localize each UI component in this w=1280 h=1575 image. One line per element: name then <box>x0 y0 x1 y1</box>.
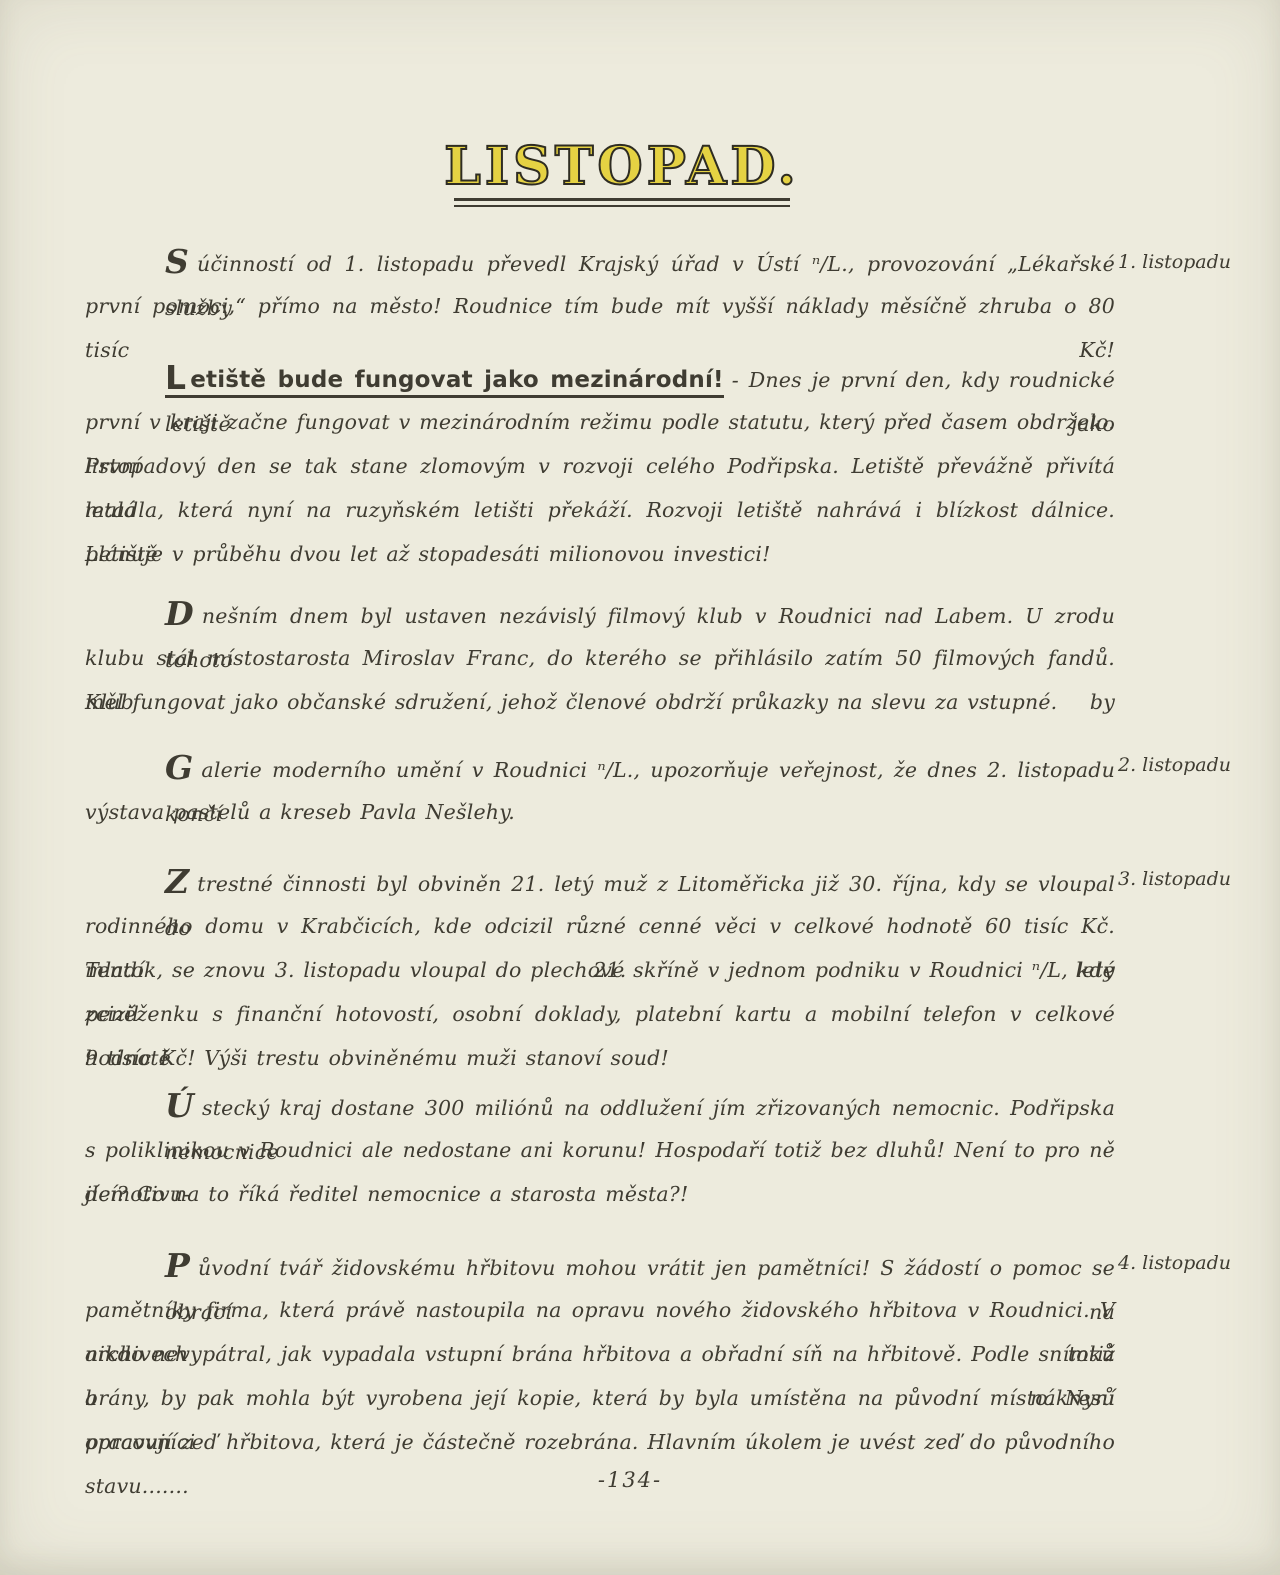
title-underline <box>454 198 790 207</box>
text-run: první pomoci,“ přímo na město! Roudnice … <box>85 294 1115 362</box>
drop-cap: P <box>165 1246 190 1285</box>
text-line: první v kraji začne fungovat v mezinárod… <box>85 400 1115 444</box>
page-footer: -134- <box>0 1468 1260 1492</box>
drop-cap: Ú <box>165 1086 194 1125</box>
text-line: plánuje v průběhu dvou let až stopadesát… <box>85 532 1115 576</box>
chronicle-page: LISTOPAD. Súčinností od 1. listopadu pře… <box>0 0 1280 1575</box>
text-line: pamětníky firma, která právě nastoupila … <box>85 1288 1115 1332</box>
text-line: opravují zeď hřbitova, která je částečně… <box>85 1420 1115 1464</box>
page-title: LISTOPAD. <box>444 136 799 197</box>
paragraph-film-club: Dnešním dnem byl ustaven nezávislý filmo… <box>85 592 1115 724</box>
text-line: 9 tisíc Kč! Výši trestu obviněnému muži … <box>85 1036 1115 1080</box>
paragraph-cemetery: Původní tvář židovskému hřbitovu mohou v… <box>85 1244 1115 1464</box>
drop-cap: D <box>165 594 194 633</box>
page-number: -134- <box>598 1468 662 1492</box>
text-line: výstava pastelů a kreseb Pavla Nešlehy. <box>85 790 1115 834</box>
margin-note-3-listopadu: 3. listopadu <box>1118 864 1268 894</box>
text-line: Súčinností od 1. listopadu převedl Krajs… <box>85 240 1115 284</box>
drop-cap: S <box>165 242 189 281</box>
text-run: jící? Co na to říká ředitel nemocnice a … <box>85 1182 688 1206</box>
text-line: letadla, která nyní na ruzyňském letišti… <box>85 488 1115 532</box>
text-line: Galerie moderního umění v Roudnici ⁿ/L.,… <box>85 746 1115 790</box>
text-line: Ztrestné činnosti byl obviněn 21. letý m… <box>85 860 1115 904</box>
text-run: měl fungovat jako občanské sdružení, jeh… <box>85 690 1057 714</box>
text-line: měl fungovat jako občanské sdružení, jeh… <box>85 680 1115 724</box>
text-run: výstava pastelů a kreseb Pavla Nešlehy. <box>85 800 515 824</box>
drop-cap: L <box>165 358 186 397</box>
text-line: brány, by pak mohla být vyrobena její ko… <box>85 1376 1115 1420</box>
drop-cap: G <box>165 748 193 787</box>
text-run: plánuje v průběhu dvou let až stopadesát… <box>85 542 771 566</box>
paragraph-crime: Ztrestné činnosti byl obviněn 21. letý m… <box>85 860 1115 1080</box>
text-line: Ústecký kraj dostane 300 miliónů na oddl… <box>85 1084 1115 1128</box>
paragraph-gallery: Galerie moderního umění v Roudnici ⁿ/L.,… <box>85 746 1115 834</box>
text-line: Původní tvář židovskému hřbitovu mohou v… <box>85 1244 1115 1288</box>
text-line: nikdo nevypátral, jak vypadala vstupní b… <box>85 1332 1115 1376</box>
paragraph-airport: Letiště bude fungovat jako mezinárodní!-… <box>85 356 1115 576</box>
text-line: peněženku s finanční hotovostí, osobní d… <box>85 992 1115 1036</box>
heading-text: etiště bude fungovat jako mezinárodní! <box>190 367 723 393</box>
drop-cap: Z <box>165 862 189 901</box>
text-line: klubu stál místostarosta Miroslav Franc,… <box>85 636 1115 680</box>
text-line: listopadový den se tak stane zlomovým v … <box>85 444 1115 488</box>
page-header: LISTOPAD. <box>0 136 1244 207</box>
section-heading: Letiště bude fungovat jako mezinárodní! <box>165 368 724 398</box>
text-line: Dnešním dnem byl ustaven nezávislý filmo… <box>85 592 1115 636</box>
paragraph-hospital: Ústecký kraj dostane 300 miliónů na oddl… <box>85 1084 1115 1216</box>
text-line: rodinného domu v Krabčicích, kde odcizil… <box>85 904 1115 948</box>
text-line: s poliklinikou v Roudnici ale nedostane … <box>85 1128 1115 1172</box>
paragraph-medical-service: Súčinností od 1. listopadu převedl Krajs… <box>85 240 1115 328</box>
margin-note-1-listopadu: 1. listopadu <box>1118 247 1268 277</box>
margin-note-4-listopadu: 4. listopadu <box>1118 1248 1268 1278</box>
text-line: jící? Co na to říká ředitel nemocnice a … <box>85 1172 1115 1216</box>
text-line: Letiště bude fungovat jako mezinárodní!-… <box>85 356 1115 400</box>
text-run: 9 tisíc Kč! Výši trestu obviněnému muži … <box>85 1046 669 1070</box>
text-line: první pomoci,“ přímo na město! Roudnice … <box>85 284 1115 328</box>
text-line: mladík, se znovu 3. listopadu vloupal do… <box>85 948 1115 992</box>
margin-note-2-listopadu: 2. listopadu <box>1118 750 1268 780</box>
